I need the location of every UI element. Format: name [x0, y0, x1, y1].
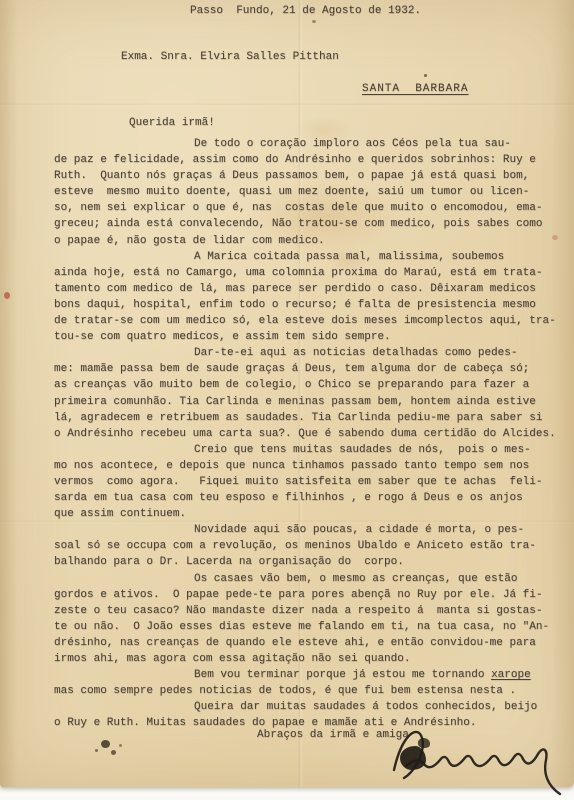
speck — [424, 74, 427, 77]
letter-line: soal só se occupa com a revolução, os me… — [54, 538, 568, 554]
letter-line: Ruth. Quanto nós graças á Deus passamos … — [54, 168, 568, 184]
letter-line: irmos ahi, mas agora com essa agitação n… — [54, 651, 568, 667]
letter-line: te ou não. O João esses dias esteve me f… — [54, 619, 568, 635]
ink-speck — [95, 749, 98, 752]
letter-line: tou-se com quatro medicos, e assim tem s… — [54, 329, 568, 345]
letter-date: Passo Fundo, 21 de Agosto de 1932. — [190, 5, 421, 17]
letter-line: o papae é, não gosta de lidar com medico… — [54, 233, 568, 249]
letter-line: as creanças vão muito bem de colegio, o … — [54, 377, 568, 393]
scanned-letter: Passo Fundo, 21 de Agosto de 1932. Exma.… — [0, 0, 574, 800]
letter-line: esteve mesmo muito doente, quasi um mez … — [54, 184, 568, 200]
letter-line: primeira comunhão. Tia Carlinda e menina… — [54, 394, 568, 410]
letter-line: Bem vou terminar porque já estou me torn… — [54, 667, 568, 683]
letter-paragraph: De todo o coração imploro aos Céos pela … — [54, 136, 568, 249]
letter-paragraph: Novidade aqui são poucas, a cidade é mor… — [54, 522, 568, 570]
letter-line: o Andrésinho recebeu uma carta sua?. Que… — [54, 426, 568, 442]
letter-paragraph: A Marica coitada passa mal, malissima, s… — [54, 249, 568, 346]
letter-line: greceu; ainda está convalecendo, Não tra… — [54, 216, 568, 232]
letter-line: que assim continuem. — [54, 506, 568, 522]
letter-line: A Marica coitada passa mal, malissima, s… — [54, 249, 568, 265]
letter-line: sarda em tua casa com teu esposo e filhi… — [54, 490, 568, 506]
letter-line: mo nos acontece, e depois que nunca tinh… — [54, 458, 568, 474]
letter-line: De todo o coração imploro aos Céos pela … — [54, 136, 568, 152]
letter-paragraph: Creio que tens muitas saudades de nós, p… — [54, 442, 568, 522]
letter-paragraph: Dar-te-ei aqui as noticias detalhadas co… — [54, 345, 568, 442]
letter-line: Queira dar muitas saudades á todos conhe… — [54, 699, 568, 715]
horizontal-fold-crease-top — [0, 103, 574, 107]
letter-line: bons daqui, hospital, enfim todo o recur… — [54, 297, 568, 313]
speck — [312, 20, 316, 23]
signature-flourish — [388, 718, 570, 796]
letter-line: gordos e ativos. O papae pede-te para po… — [54, 587, 568, 603]
letter-line: vermos como agora. Fiquei muito satisfei… — [54, 474, 568, 490]
letter-line: lá, agradecem e retribuem as saudades. T… — [54, 410, 568, 426]
letter-paragraph: Os casaes vão bem, o mesmo as creanças, … — [54, 571, 568, 668]
red-mark — [4, 292, 10, 299]
letter-recipient: Exma. Snra. Elvira Salles Pitthan — [121, 51, 339, 63]
letter-place-name: SANTA BARBARA — [362, 83, 468, 95]
letter-line: ainda hoje, está no Camargo, uma colomni… — [54, 265, 568, 281]
letter-line: de paz e felicidade, assim como do André… — [54, 152, 568, 168]
signature — [388, 718, 570, 796]
letter-line: Novidade aqui são poucas, a cidade é mor… — [54, 522, 568, 538]
letter-line: mas como sempre pedes noticias de todos,… — [54, 683, 568, 699]
letter-line: zeste o teu casaco? Não mandaste dizer n… — [54, 603, 568, 619]
letter-line: me: mamãe passa bem de saude graças á De… — [54, 361, 568, 377]
letter-line: Creio que tens muitas saudades de nós, p… — [54, 442, 568, 458]
letter-line: Os casaes vão bem, o mesmo as creanças, … — [54, 571, 568, 587]
letter-salutation: Querida irmã! — [129, 117, 215, 129]
ink-speck — [101, 740, 110, 748]
ink-speck — [119, 744, 122, 747]
letter-line: Dar-te-ei aqui as noticias detalhadas co… — [54, 345, 568, 361]
letter-paragraph: Bem vou terminar porque já estou me torn… — [54, 667, 568, 699]
letter-line: so, nem sei explicar o que é, nas costas… — [54, 200, 568, 216]
letter-paper: Passo Fundo, 21 de Agosto de 1932. Exma.… — [0, 0, 574, 787]
letter-line: de tratar-se com um medico só, ela estev… — [54, 313, 568, 329]
letter-body: De todo o coração imploro aos Céos pela … — [54, 136, 568, 731]
ink-speck — [111, 750, 116, 755]
letter-line: drésinho, nas creanças de quando ele est… — [54, 635, 568, 651]
letter-line: tamento com medico de lá, mas parece ser… — [54, 281, 568, 297]
letter-closing: Abraços da irmã e amiga — [257, 729, 409, 741]
letter-line: balhando para o Dr. Lacerda na organisaç… — [54, 554, 568, 570]
